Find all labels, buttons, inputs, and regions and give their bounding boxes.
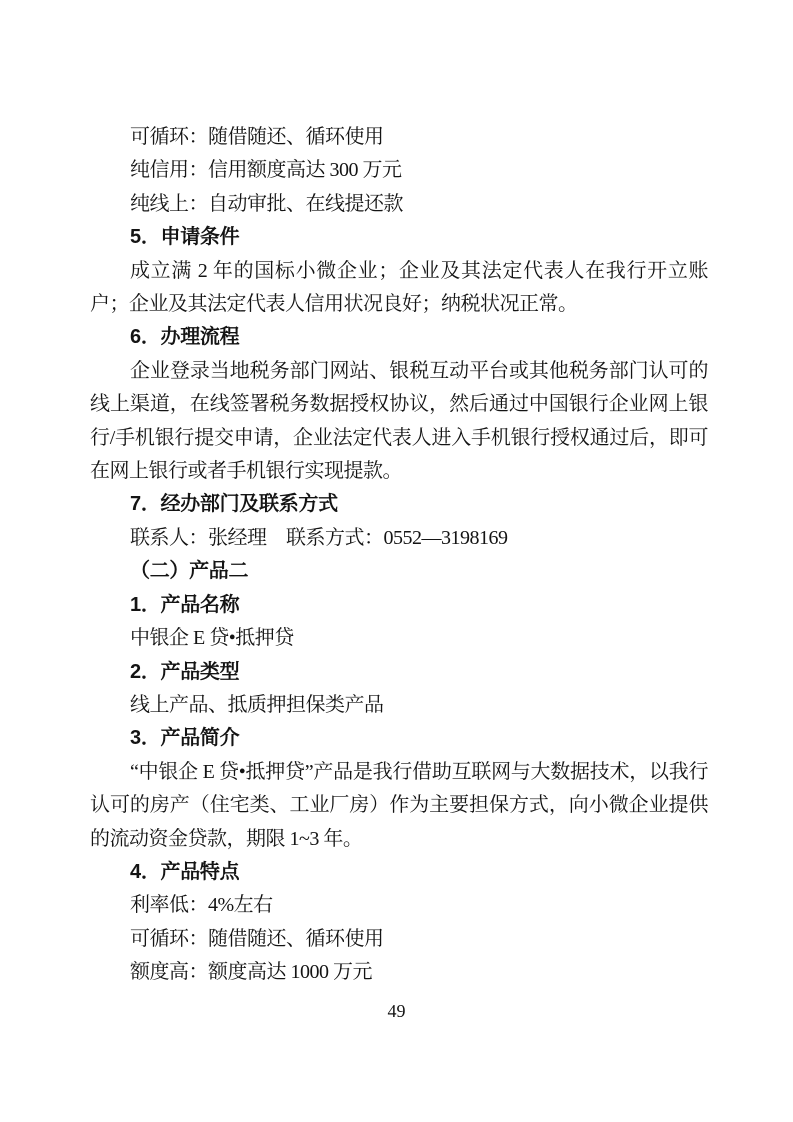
numbered-heading: 6．办理流程	[90, 321, 708, 354]
paragraph: 线上产品、抵质押担保类产品	[90, 689, 708, 722]
document-page: 可循环：随借随还、循环使用纯信用：信用额度高达 300 万元纯线上：自动审批、在…	[0, 0, 793, 1122]
section-heading: （二）产品二	[90, 555, 708, 588]
paragraph: 额度高：额度高达 1000 万元	[90, 956, 708, 989]
numbered-heading: 7．经办部门及联系方式	[90, 488, 708, 521]
paragraph: 可循环：随借随还、循环使用	[90, 923, 708, 956]
paragraph: 利率低：4%左右	[90, 889, 708, 922]
paragraph: 企业登录当地税务部门网站、银税互动平台或其他税务部门认可的线上渠道，在线签署税务…	[90, 355, 708, 489]
paragraph: 纯线上：自动审批、在线提还款	[90, 188, 708, 221]
paragraph: 成立满 2 年的国标小微企业；企业及其法定代表人在我行开立账户；企业及其法定代表…	[90, 255, 708, 322]
paragraph: “中银企 E 贷•抵押贷”产品是我行借助互联网与大数据技术，以我行认可的房产（住…	[90, 756, 708, 856]
numbered-heading: 5．申请条件	[90, 221, 708, 254]
numbered-heading: 4．产品特点	[90, 856, 708, 889]
paragraph: 纯信用：信用额度高达 300 万元	[90, 154, 708, 187]
paragraph: 可循环：随借随还、循环使用	[90, 121, 708, 154]
numbered-heading: 1．产品名称	[90, 589, 708, 622]
paragraph: 中银企 E 贷•抵押贷	[90, 622, 708, 655]
paragraph: 联系人：张经理 联系方式：0552—3198169	[90, 522, 708, 555]
numbered-heading: 3．产品简介	[90, 722, 708, 755]
numbered-heading: 2．产品类型	[90, 656, 708, 689]
page-footer: 49	[0, 998, 793, 1024]
document-body: 可循环：随借随还、循环使用纯信用：信用额度高达 300 万元纯线上：自动审批、在…	[90, 121, 708, 990]
page-number: 49	[388, 1001, 406, 1021]
